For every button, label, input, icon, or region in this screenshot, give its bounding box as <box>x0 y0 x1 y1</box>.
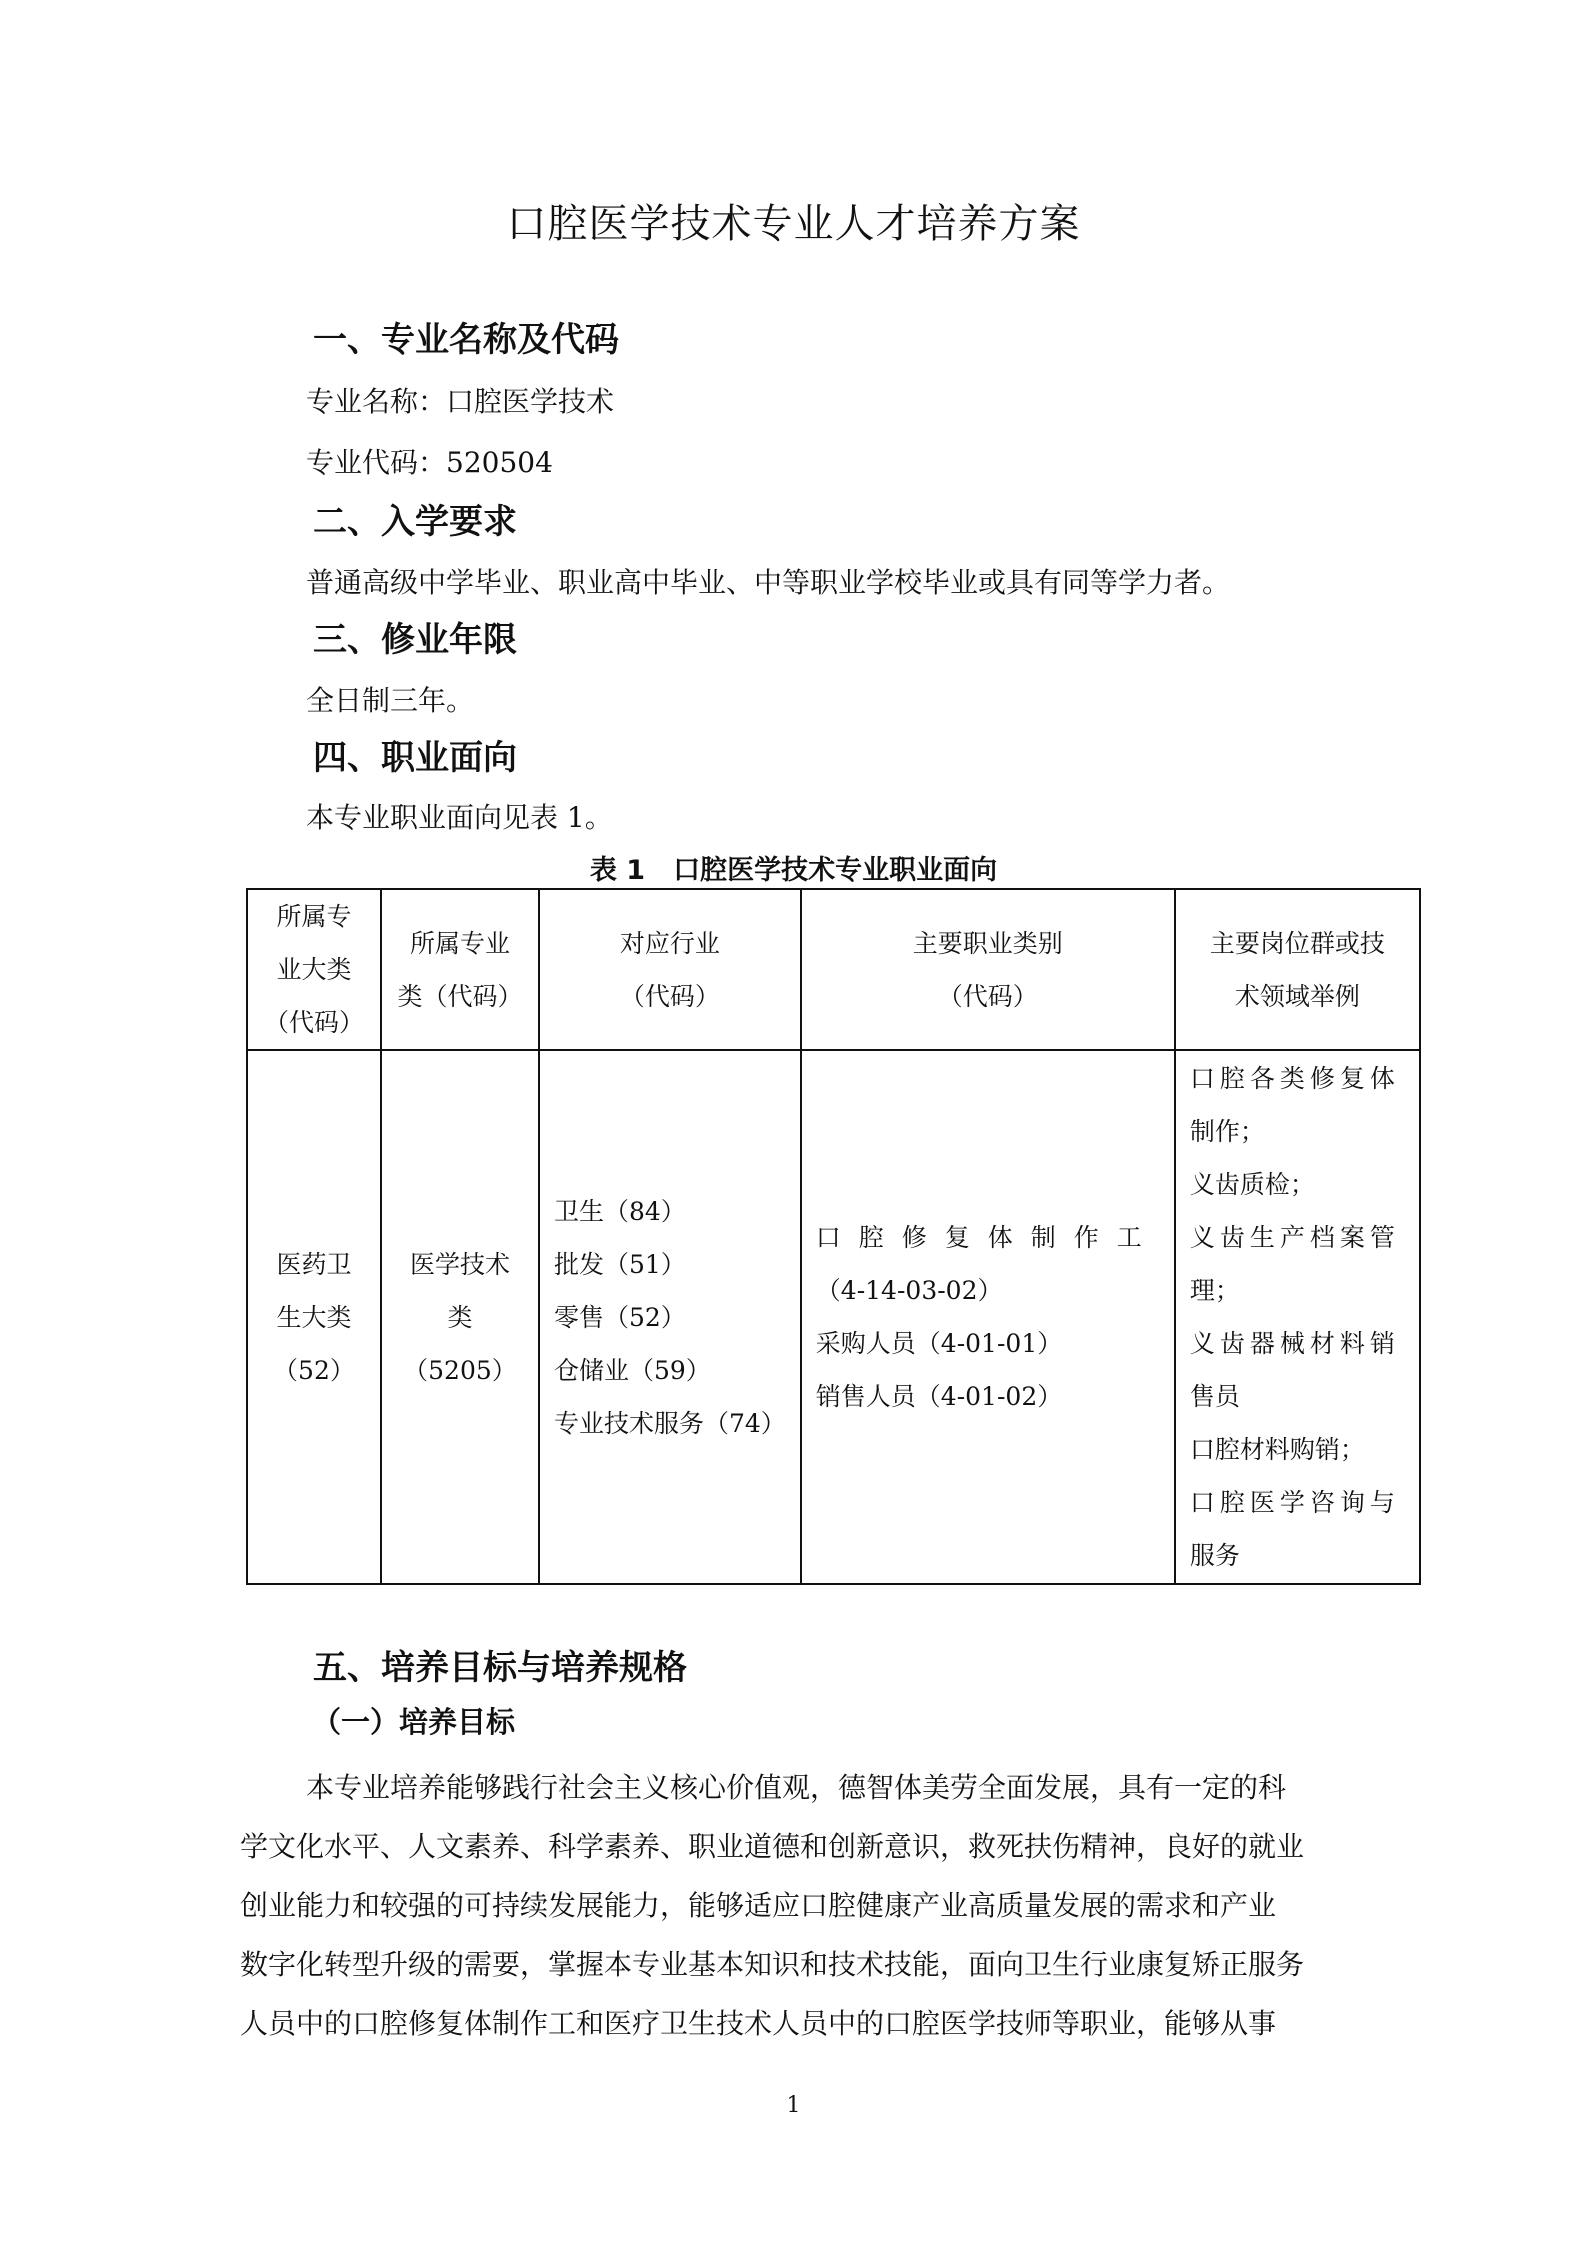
header-occupation: 主要职业类别 （代码） <box>801 889 1175 1050</box>
table-caption-label: 表 1 <box>590 855 645 886</box>
section-3-heading: 三、修业年限 <box>313 612 517 661</box>
cell-professional-class: 医学技术 类 （5205） <box>381 1050 539 1584</box>
header-positions: 主要岗位群或技 术领域举例 <box>1175 889 1420 1050</box>
section-5-heading: 五、培养目标与培养规格 <box>313 1640 687 1689</box>
career-orientation-text: 本专业职业面向见表 1。 <box>306 796 613 836</box>
table-caption-title: 口腔医学技术专业职业面向 <box>673 855 997 886</box>
header-professional-class: 所属专业 类（代码） <box>381 889 539 1050</box>
table-row: 医药卫 生大类 （52） 医学技术 类 （5205） 卫生（84） 批发（51）… <box>247 1050 1420 1584</box>
section-4-heading: 四、职业面向 <box>313 730 517 779</box>
cell-positions: 口腔各类修复体 制作； 义齿质检； 义齿生产档案管 理； 义齿器械材料销 售员 … <box>1175 1050 1420 1584</box>
table-header-row: 所属专 业大类 （代码） 所属专业 类（代码） 对应行业 （代码） 主要职业类别… <box>247 889 1420 1050</box>
section-1-heading: 一、专业名称及代码 <box>313 312 619 361</box>
career-orientation-table: 所属专 业大类 （代码） 所属专业 类（代码） 对应行业 （代码） 主要职业类别… <box>246 888 1421 1585</box>
cell-occupations: 口腔修复体制作工 （4-14-03-02） 采购人员（4-01-01） 销售人员… <box>801 1050 1175 1584</box>
cell-industries: 卫生（84） 批发（51） 零售（52） 仓储业（59） 专业技术服务（74） <box>539 1050 801 1584</box>
header-major-category: 所属专 业大类 （代码） <box>247 889 381 1050</box>
page-number: 1 <box>0 2093 1587 2118</box>
document-title: 口腔医学技术专业人才培养方案 <box>0 192 1587 249</box>
major-name-line: 专业名称：口腔医学技术 <box>306 380 614 420</box>
major-code-line: 专业代码：520504 <box>306 441 553 481</box>
admission-requirement-text: 普通高级中学毕业、职业高中毕业、中等职业学校毕业或具有同等学力者。 <box>306 561 1230 601</box>
training-objective-paragraph: 本专业培养能够践行社会主义核心价值观，德智体美劳全面发展，具有一定的科 学文化水… <box>240 1758 1420 2053</box>
cell-major-category: 医药卫 生大类 （52） <box>247 1050 381 1584</box>
table-1-caption: 表 1口腔医学技术专业职业面向 <box>0 848 1587 887</box>
section-2-heading: 二、入学要求 <box>313 494 517 543</box>
training-objective-subheading: （一）培养目标 <box>312 1700 515 1741</box>
duration-text: 全日制三年。 <box>306 679 474 719</box>
header-industry: 对应行业 （代码） <box>539 889 801 1050</box>
